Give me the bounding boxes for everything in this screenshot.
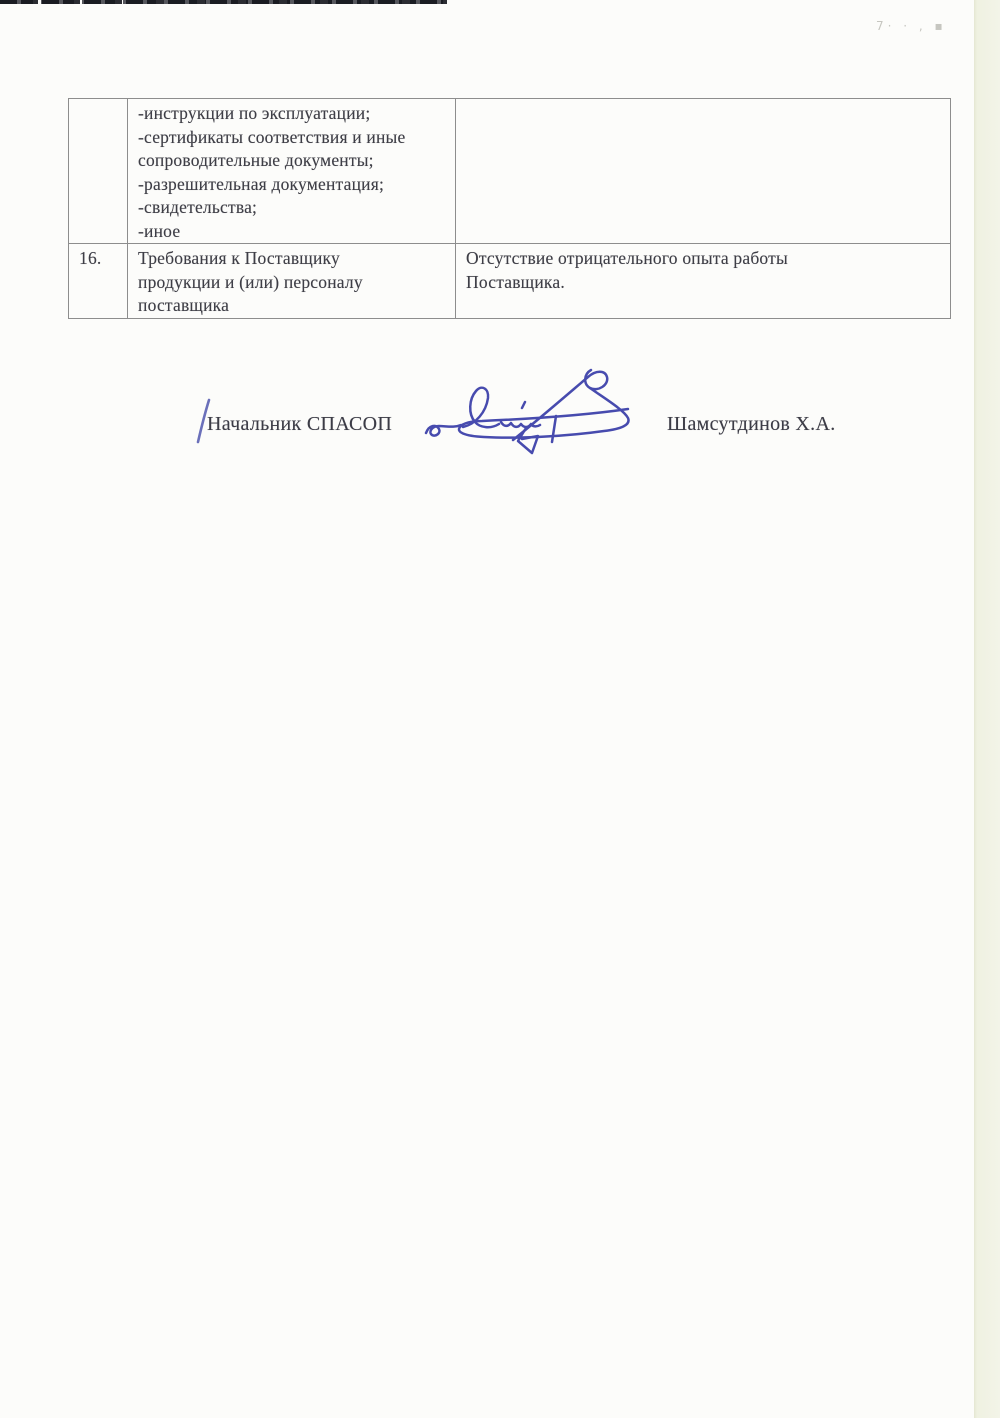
scan-artifact-top-edge xyxy=(0,0,447,4)
signatory-name: Шамсутдинов Х.А. xyxy=(667,413,836,436)
scan-artifact-page-edge xyxy=(974,0,1000,1418)
signatory-title: Начальник СПАСОП xyxy=(207,413,392,436)
scan-artifact-corner-marks: 7· · , ▪ xyxy=(876,19,947,33)
requirements-table: -инструкции по эксплуатации; -сертификат… xyxy=(68,98,951,319)
requirement-name-cell: -инструкции по эксплуатации; -сертификат… xyxy=(128,99,456,244)
row-number-cell: 16. xyxy=(69,244,128,319)
row-number-cell xyxy=(69,99,128,244)
requirement-value-cell: Отсутствие отрицательного опыта работы П… xyxy=(456,244,951,319)
table-row-16: 16. Требования к Поставщику продукции и … xyxy=(69,244,951,319)
requirement-value-cell xyxy=(456,99,951,244)
handwritten-signature xyxy=(416,356,650,466)
table-row-continuation: -инструкции по эксплуатации; -сертификат… xyxy=(69,99,951,244)
requirement-name-cell: Требования к Поставщику продукции и (или… xyxy=(128,244,456,319)
